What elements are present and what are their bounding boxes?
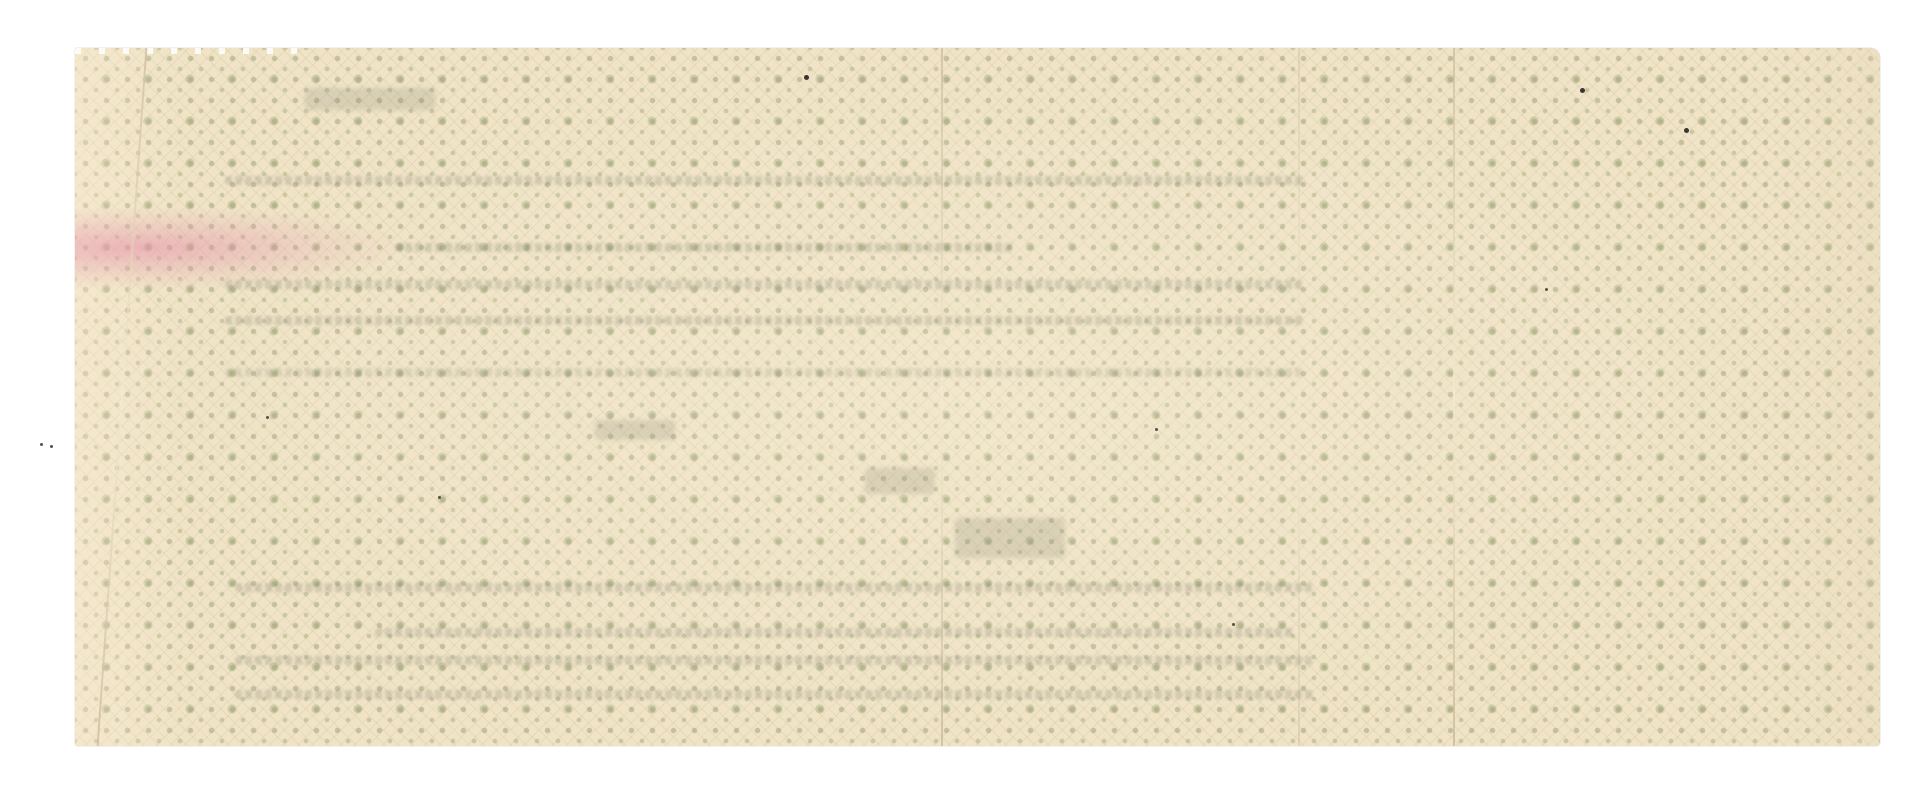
bleed-through-text-line xyxy=(225,316,1305,325)
bleed-through-text-line xyxy=(225,176,1305,185)
bleed-through-block xyxy=(595,420,675,440)
document-paper xyxy=(75,48,1880,746)
bleed-through-heading xyxy=(305,88,435,110)
bleed-through-text-line xyxy=(375,628,1295,637)
ink-speck xyxy=(1232,623,1235,626)
scan-dust xyxy=(50,445,53,448)
bleed-through-text-line xyxy=(225,280,1305,289)
ink-speck xyxy=(1155,428,1158,431)
pink-stain xyxy=(75,208,395,288)
ink-speck xyxy=(1684,128,1689,133)
bleed-through-stamp xyxy=(955,518,1065,558)
bleed-through-text-line xyxy=(395,243,1015,252)
bleed-through-text-line xyxy=(235,583,1315,592)
ink-speck xyxy=(266,416,269,419)
ink-speck xyxy=(1580,88,1585,93)
ink-speck xyxy=(1545,288,1548,291)
fold-crease-center xyxy=(941,48,943,746)
paper-tone xyxy=(75,48,1880,746)
fold-crease-right-inner xyxy=(1298,48,1300,746)
bleed-through-text-line xyxy=(235,656,1315,665)
torn-top-edge xyxy=(75,48,315,54)
bleed-through-text-line xyxy=(225,368,1305,377)
ink-speck xyxy=(804,75,809,80)
scan-dust xyxy=(40,443,43,446)
bleed-through-text-line xyxy=(235,690,1315,699)
ink-speck xyxy=(438,496,441,499)
fold-crease-right xyxy=(1453,48,1455,746)
scan-canvas xyxy=(0,0,1932,800)
bleed-through-block xyxy=(865,468,935,494)
